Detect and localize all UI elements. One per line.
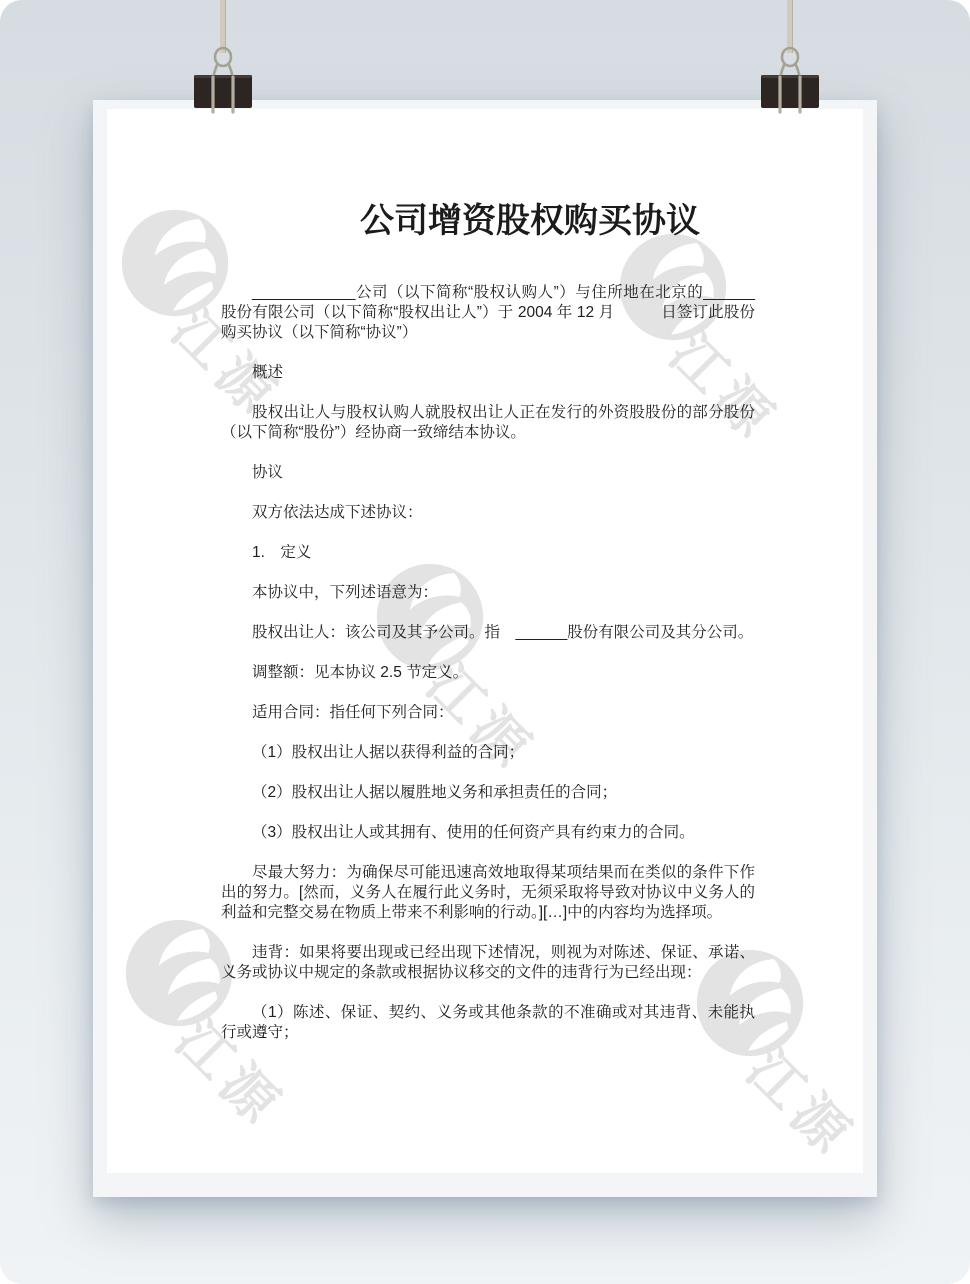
paragraph: （2）股权出让人据以履胜地义务和承担责任的合同； xyxy=(221,783,755,803)
paragraph: （3）股权出让人或其拥有、使用的任何资产具有约束力的合同。 xyxy=(221,823,755,843)
binder-clip-right xyxy=(755,0,825,120)
paragraph: 股权出让人：该公司及其予公司。指 ______股份有限公司及其分公司。 xyxy=(221,623,755,643)
document-body: ____________公司（以下简称“股权认购人”）与住所地在北京的_____… xyxy=(221,283,755,1043)
paragraph: 1. 定义 xyxy=(221,543,755,563)
document-title: 公司增资股权购买协议 xyxy=(221,199,755,243)
paragraph: 股权出让人与股权认购人就股权出让人正在发行的外资股股份的部分股份（以下简称“股份… xyxy=(221,403,755,443)
document-page: 江源 江源 江源 xyxy=(107,109,863,1173)
paragraph: 协议 xyxy=(221,463,755,483)
paragraph: （1）股权出让人据以获得利益的合同； xyxy=(221,743,755,763)
binder-clip-left xyxy=(188,0,258,120)
paragraph: 双方依法达成下述协议： xyxy=(221,503,755,523)
paragraph: 概述 xyxy=(221,363,755,383)
poster-background: 江源 江源 江源 xyxy=(0,0,970,1284)
paragraph: （1）陈述、保证、契约、义务或其他条款的不准确或对其违背、未能执行或遵守； xyxy=(221,1003,755,1043)
paragraph: ____________公司（以下简称“股权认购人”）与住所地在北京的_____… xyxy=(221,283,755,343)
paragraph: 本协议中，下列述语意为： xyxy=(221,583,755,603)
paragraph: 违背：如果将要出现或已经出现下述情况，则视为对陈述、保证、承诺、义务或协议中规定… xyxy=(221,943,755,983)
watermark-logo-icon xyxy=(120,208,230,318)
watermark-logo-icon xyxy=(124,918,234,1028)
paragraph: 调整额：见本协议 2.5 节定义。 xyxy=(221,663,755,683)
paper-sheet-back: 江源 江源 江源 xyxy=(93,100,877,1197)
paragraph: 尽最大努力：为确保尽可能迅速高效地取得某项结果而在类似的条件下作出的努力。[然而… xyxy=(221,863,755,923)
watermark-text: 江源 xyxy=(733,1030,863,1172)
paragraph: 适用合同：指任何下列合同： xyxy=(221,703,755,723)
